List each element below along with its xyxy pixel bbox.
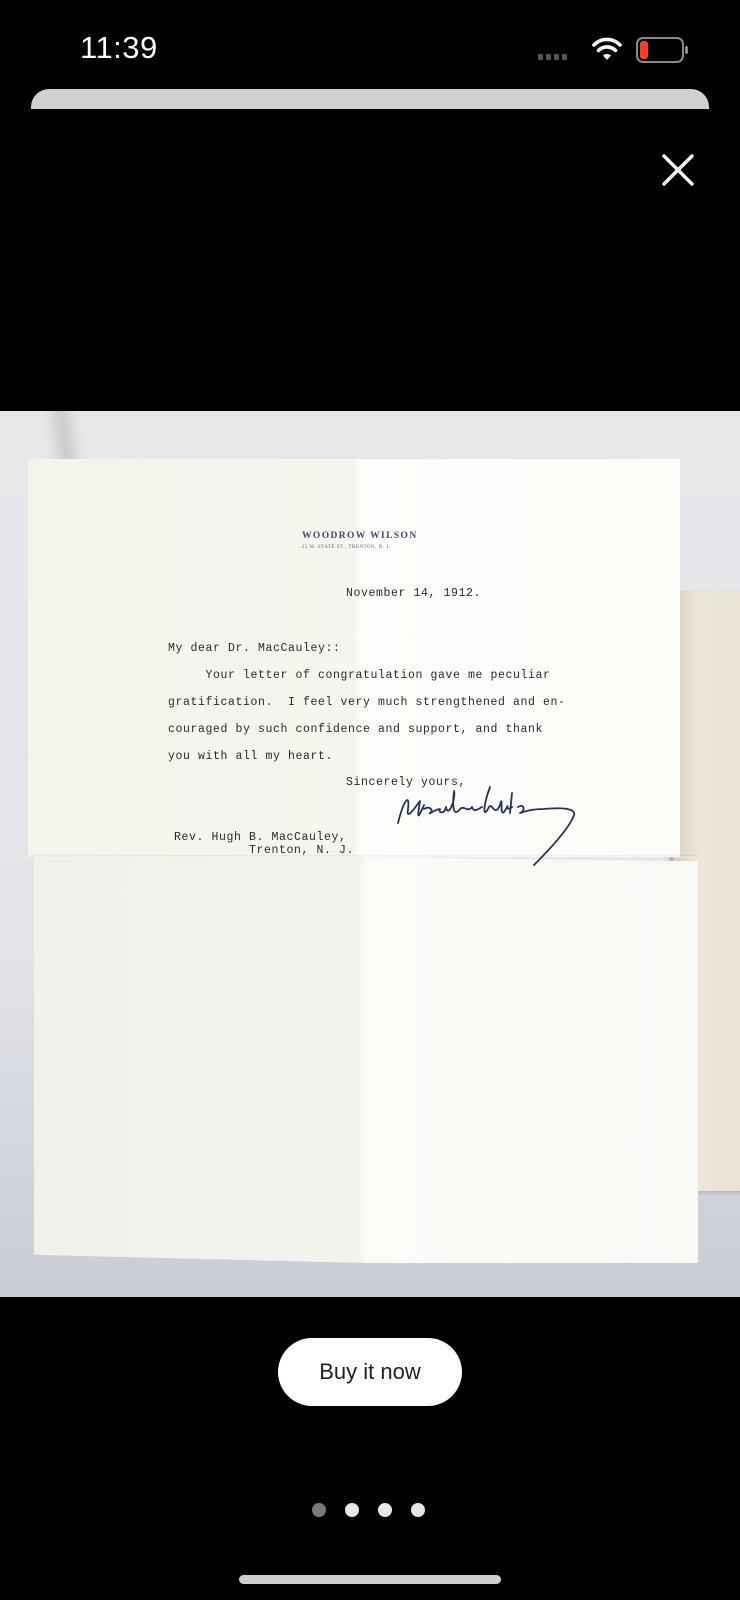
- letter-body-line: Your letter of congratulation gave me pe…: [168, 669, 551, 682]
- recipient-name: Rev. Hugh B. MacCauley,: [174, 831, 347, 844]
- pager-dot-1[interactable]: [312, 1503, 326, 1517]
- letter-body-line: couraged by such confidence and support,…: [168, 723, 543, 736]
- pager-dot-2[interactable]: [345, 1503, 359, 1517]
- cellular-signal-icon: [538, 54, 567, 60]
- status-bar: 11:39: [0, 0, 740, 90]
- sheet-grabber-edge: [31, 89, 709, 109]
- listing-photo[interactable]: WOODROW WILSON 25 W. STATE ST., TRENTON,…: [0, 411, 740, 1297]
- status-time: 11:39: [80, 30, 158, 66]
- letterhead-name: WOODROW WILSON: [302, 531, 418, 541]
- letterhead-address: 25 W. STATE ST., TRENTON, N. J.: [302, 545, 390, 550]
- home-indicator[interactable]: [239, 1575, 501, 1584]
- pager-dot-3[interactable]: [378, 1503, 392, 1517]
- close-icon[interactable]: [660, 152, 696, 188]
- pager-dot-4[interactable]: [411, 1503, 425, 1517]
- letter-body-line: you with all my heart.: [168, 750, 333, 763]
- signature: [394, 779, 594, 869]
- letter-salutation: My dear Dr. MacCauley::: [168, 642, 341, 655]
- battery-low-icon: [636, 37, 690, 63]
- letter-document: WOODROW WILSON 25 W. STATE ST., TRENTON,…: [28, 459, 704, 1275]
- wifi-icon: [592, 36, 622, 62]
- image-pager[interactable]: [312, 1503, 425, 1517]
- letter-body-line: gratification. I feel very much strength…: [168, 696, 566, 709]
- letter-date: November 14, 1912.: [346, 587, 481, 600]
- buy-it-now-button[interactable]: Buy it now: [278, 1338, 462, 1406]
- fold-crease: [28, 855, 698, 858]
- recipient-city: Trenton, N. J.: [174, 844, 354, 857]
